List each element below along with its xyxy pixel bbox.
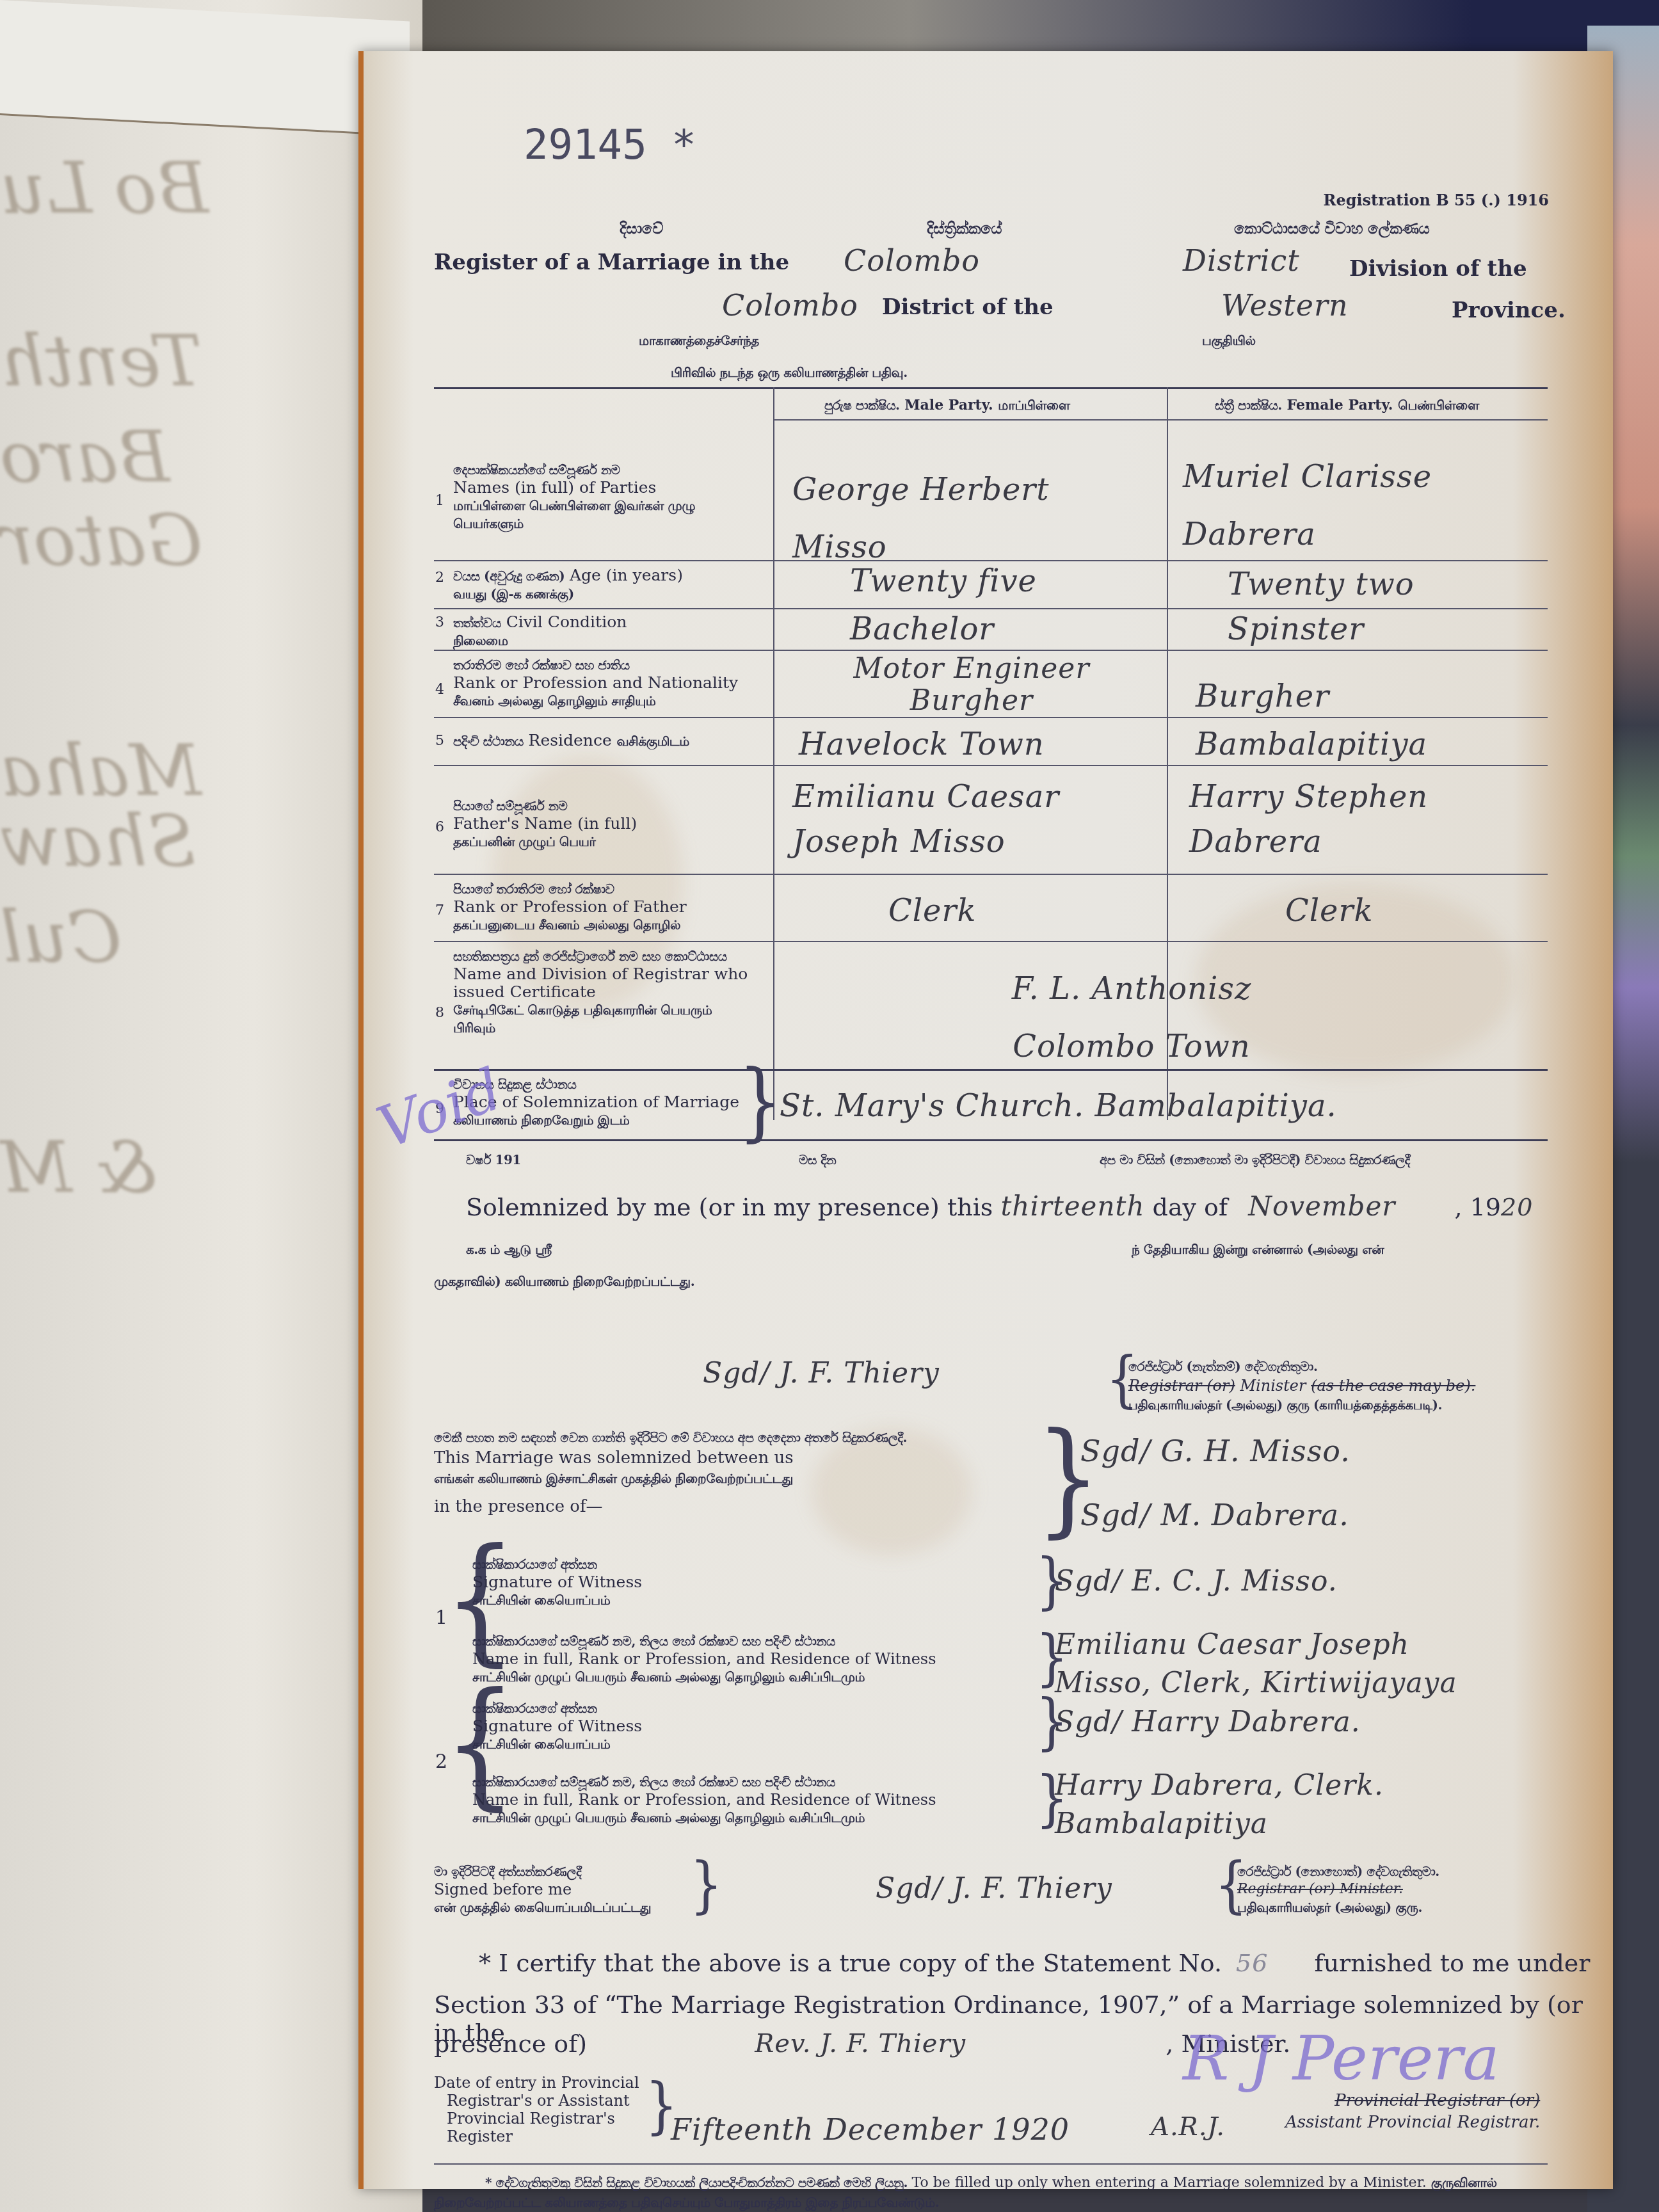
row-number: 5 (435, 733, 444, 749)
witness-2-signature-label: සාක්ෂිකාරයාගේ අත්සන Signature of Witness… (472, 1699, 642, 1753)
header-line1-suffix: Division of the (1349, 256, 1527, 282)
male-civil-condition-value: Bachelor (850, 611, 994, 647)
solemnized-tamil-2: ந் தேதியாகிய இன்று என்னால் (அல்லது என் (1132, 1242, 1384, 1259)
signed-before-signature: Sgd/ J. F. Thiery (876, 1872, 1112, 1905)
header-line2-middle: District of the (882, 294, 1054, 320)
male-name-value: George Herbert Misso (792, 461, 1151, 576)
month-handwritten: November (1248, 1190, 1395, 1222)
bleed-through-script: Maha (0, 730, 202, 812)
header-sinhala-3: කොට්ඨාසයේ විවාහ ලේකණය (1234, 219, 1429, 237)
serial-number: 29145 * (524, 122, 696, 169)
header-line1-prefix: Register of a Marriage in the (434, 250, 789, 275)
entry-role: Provincial Registrar (or) Assistant Prov… (1285, 2090, 1540, 2133)
witness-2-details: Harry Dabrera, Clerk. Bambalapitiya (1055, 1767, 1384, 1843)
row-number: 1 (435, 493, 444, 509)
row-number: 6 (435, 819, 444, 835)
solemnized-sinhala-2: මස දින (799, 1152, 836, 1167)
witness-1-details: Emilianu Caesar Joseph Misso, Clerk, Kir… (1055, 1626, 1457, 1703)
brace: } (738, 1059, 783, 1143)
signed-before-label: මා ඉදිරිපිටදී අත්සන්කරණලදී Signed before… (434, 1863, 651, 1916)
row-label-father-profession: පියාගේ තරාතිරම හෝ රක්ෂාව Rank or Profess… (453, 880, 754, 934)
certificate-line-1: * I certify that the above is a true cop… (479, 1949, 1591, 1977)
marriage-register-form: 29145 * Registration B 55 (.) 1916 දිසාව… (358, 51, 1613, 2189)
male-profession-value: Motor Engineer Burgher (818, 653, 1125, 717)
certificate-line-3: presence of) Rev. J. F. Thiery , Ministe… (434, 2029, 1290, 2058)
male-age-value: Twenty five (850, 563, 1037, 599)
row-label-father-name: පියාගේ සම්පූර්ණ නම Father's Name (in ful… (453, 797, 754, 851)
registrar-signature: Sgd/ J. F. Thiery (703, 1357, 940, 1390)
male-residence-value: Havelock Town (799, 726, 1045, 762)
row-number: 4 (435, 682, 444, 698)
female-father-name-value: Harry Stephen Dabrera (1189, 774, 1548, 864)
female-age-value: Twenty two (1228, 566, 1415, 602)
row-label-age: වයස (අවුරුදු ගණන) Age (in years) வயது (இ… (453, 566, 754, 603)
witness-1-signature: Sgd/ E. C. J. Misso. (1055, 1565, 1338, 1598)
female-father-profession-value: Clerk (1285, 893, 1374, 929)
groom-signature: Sgd/ G. H. Misso. (1080, 1434, 1350, 1468)
registration-code: Registration B 55 (.) 1916 (1323, 191, 1549, 209)
witness-1-name-label: සාක්ෂිකාරයාගේ සම්පූර්ණ නම, තිලය හෝ රක්ෂා… (472, 1632, 936, 1686)
row-label-civil-condition: තත්ත්වය Civil Condition நிலைமை (453, 613, 754, 650)
registrar-name-division-value: F. L. Anthonisz Colombo Town (940, 960, 1324, 1075)
column-header-male: පුරුෂ පාක්ෂිය. Male Party. மாப்பிள்ளை (824, 397, 1070, 415)
header-line2-suffix: Province. (1452, 298, 1566, 323)
bride-signature: Sgd/ M. Dabrera. (1080, 1498, 1349, 1532)
row-number: 3 (435, 614, 444, 630)
witness-2-signature: Sgd/ Harry Dabrera. (1055, 1706, 1361, 1738)
header-tamil-1: மாகாணத்தைச்சேர்ந்த (639, 333, 759, 350)
row-label-registrar: සහතිකපත්‍රය දුන් රෙජිස්ට්‍රාර්ගේ නම සහ ක… (453, 947, 754, 1037)
header-sinhala-2: දිස්ත්‍රික්කයේ (927, 219, 1002, 237)
bleed-through-script: Cul (0, 896, 122, 978)
solemnized-sinhala-1: වර්ෂ 191 (466, 1152, 521, 1167)
solemnized-line: Solemnized by me (or in my presence) thi… (466, 1190, 1533, 1222)
year-handwritten: 20 (1501, 1193, 1533, 1221)
parties-statement: මෙකී පහත නම සඳහන් වෙන ගාන්ති ඉදිරිපිට මේ… (434, 1427, 1023, 1517)
row-label-residence: පදිංචි ස්ථානය Residence வசிக்குமிடம் (453, 732, 754, 750)
header-rule (773, 419, 1548, 421)
header-tamil-3: பிரிவில் நடந்த ஒரு கலியாணத்தின் பதிவு. (671, 365, 908, 382)
female-residence-value: Bambalapitiya (1196, 726, 1427, 762)
table-top-rule (434, 387, 1548, 389)
witness-2-name-label: සාක්ෂිකාරයාගේ සම්පූර්ණ නම, තිලය හෝ රක්ෂා… (472, 1773, 936, 1827)
female-civil-condition-value: Spinster (1228, 611, 1364, 647)
row-number: 7 (435, 902, 444, 918)
row-number: 2 (435, 570, 444, 586)
witness-1-signature-label: සාක්ෂිකාරයාගේ අත්සන Signature of Witness… (472, 1555, 642, 1609)
footnote: * දේවගැතිතුමකු විසින් සිදුකළ විවාහයක් ලි… (434, 2173, 1560, 2212)
registrar-role: රෙජිස්ට්‍රාර් (නැත්නම්) දේවගැතිතුමා. Reg… (1128, 1357, 1475, 1415)
torn-page-edge (0, 0, 410, 137)
bleed-through-script: Gator (0, 499, 202, 581)
district-handwritten: District (1183, 243, 1300, 278)
row-number: 8 (435, 1005, 444, 1021)
signed-before-role: රෙජිස්ට්‍රාර් (නොහොත්) දේවගැතිතුමා. Regi… (1237, 1863, 1439, 1916)
row-label-names: දෙපාක්ෂිකයන්ගේ සම්පූර්ණ නම Names (in ful… (453, 461, 754, 533)
margin-stamp: Void (369, 1055, 510, 1162)
day-handwritten: thirteenth (1000, 1190, 1144, 1222)
solemnized-sinhala-3: අප මා විසින් (නොහොත් මා ඉදිරිපිටදී) විවා… (1100, 1152, 1410, 1167)
row-label-profession: තරාතිරම හෝ රක්ෂාව සහ ජාතිය Rank or Profe… (453, 656, 754, 710)
female-nationality-value: Burgher (1196, 678, 1329, 714)
district-name-handwritten: Colombo (722, 288, 858, 323)
male-father-name-value: Emilianu Caesar Joseph Misso (792, 774, 1151, 864)
registrar-stamp-signature: R J Perera (1183, 2023, 1500, 2094)
division-handwritten: Colombo (844, 243, 980, 278)
province-handwritten: Western (1221, 288, 1349, 323)
bleed-through-script: & M (0, 1126, 157, 1208)
bleed-through-script: Tenth (0, 320, 202, 402)
bleed-through-script: Bo Lu (0, 147, 209, 229)
minister-handwritten: Rev. J. F. Thiery (755, 2029, 966, 2058)
female-name-value: Muriel Clarisse Dabrera (1183, 448, 1541, 563)
entry-initials: A.R.J. (1151, 2112, 1225, 2142)
header-tamil-2: பகுதியில் (1202, 333, 1256, 350)
male-father-profession-value: Clerk (888, 893, 977, 929)
solemnized-tamil-1: க.க ம் ஆடு ஸ்ரீ (466, 1242, 552, 1259)
bleed-through-script: Baro (0, 416, 170, 498)
header-sinhala-1: දිසාවේ (620, 219, 663, 237)
column-header-female: ස්ත්‍රී පාක්ෂිය. Female Party. பெண்பிள்ள… (1215, 397, 1479, 415)
entry-date-handwritten: Fifteenth December 1920 (671, 2112, 1070, 2147)
place-of-solemnization-value: St. Mary's Church. Bambalapitiya. (780, 1088, 1337, 1124)
bleed-through-script: Shaw (0, 800, 196, 882)
entry-date-label: Date of entry in Provincial Registrar's … (434, 2074, 639, 2145)
statement-number: 56 (1236, 1949, 1268, 1977)
column-divider (773, 387, 774, 1120)
solemnized-tamil-3: முகதாவில்) கலியாணம் நிறைவேற்றப்பட்டது. (434, 1274, 694, 1291)
